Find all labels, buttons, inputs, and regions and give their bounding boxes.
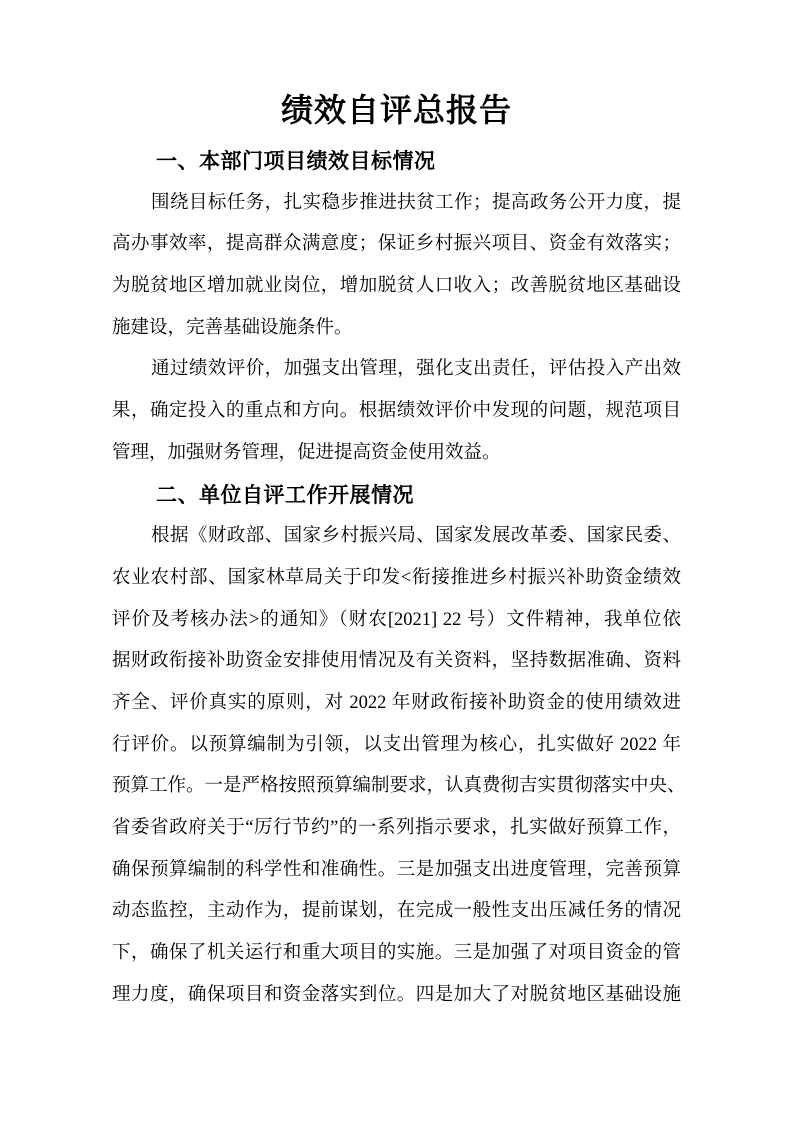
text-line: 围绕目标任务，扎实稳步推进扶贫工作；提高政务公开力度，提 [112, 183, 681, 225]
text-line: 动态监控，主动作为，提前谋划，在完成一般性支出压减任务的情况 [112, 891, 681, 933]
section-heading: 二、单位自评工作开展情况 [112, 475, 681, 517]
text-line: 齐全、评价真实的原则，对 2022 年财政衔接补助资金的使用绩效进 [112, 683, 681, 725]
section-heading: 一、本部门项目绩效目标情况 [112, 141, 681, 183]
text-line: 为脱贫地区增加就业岗位，增加脱贫人口收入；改善脱贫地区基础设 [112, 266, 681, 308]
text-line: 果，确定投入的重点和方向。根据绩效评价中发现的问题，规范项目 [112, 391, 681, 433]
document-body: 一、本部门项目绩效目标情况围绕目标任务，扎实稳步推进扶贫工作；提高政务公开力度，… [112, 141, 681, 1016]
document-title: 绩效自评总报告 [112, 84, 681, 136]
text-line: 高办事效率，提高群众满意度；保证乡村振兴项目、资金有效落实； [112, 224, 681, 266]
text-line: 确保预算编制的科学性和准确性。三是加强支出进度管理，完善预算 [112, 850, 681, 892]
text-line: 省委省政府关于“厉行节约”的一系列指示要求，扎实做好预算工作， [112, 808, 681, 850]
document-page: 绩效自评总报告 一、本部门项目绩效目标情况围绕目标任务，扎实稳步推进扶贫工作；提… [0, 0, 793, 1122]
text-line: 施建设，完善基础设施条件。 [112, 308, 681, 350]
text-line: 管理，加强财务管理，促进提高资金使用效益。 [112, 433, 681, 475]
text-line: 评价及考核办法>的通知》（财农[2021] 22 号）文件精神，我单位依 [112, 600, 681, 642]
text-line: 农业农村部、国家林草局关于印发<衔接推进乡村振兴补助资金绩效 [112, 558, 681, 600]
text-line: 据财政衔接补助资金安排使用情况及有关资料，坚持数据准确、资料 [112, 641, 681, 683]
text-line: 理力度，确保项目和资金落实到位。四是加大了对脱贫地区基础设施 [112, 975, 681, 1017]
text-line: 根据《财政部、国家乡村振兴局、国家发展改革委、国家民委、 [112, 516, 681, 558]
text-line: 通过绩效评价，加强支出管理，强化支出责任，评估投入产出效 [112, 349, 681, 391]
text-line: 下，确保了机关运行和重大项目的实施。三是加强了对项目资金的管 [112, 933, 681, 975]
text-line: 预算工作。一是严格按照预算编制要求，认真费彻吉实贯彻落实中央、 [112, 766, 681, 808]
text-line: 行评价。以预算编制为引领，以支出管理为核心，扎实做好 2022 年 [112, 725, 681, 767]
